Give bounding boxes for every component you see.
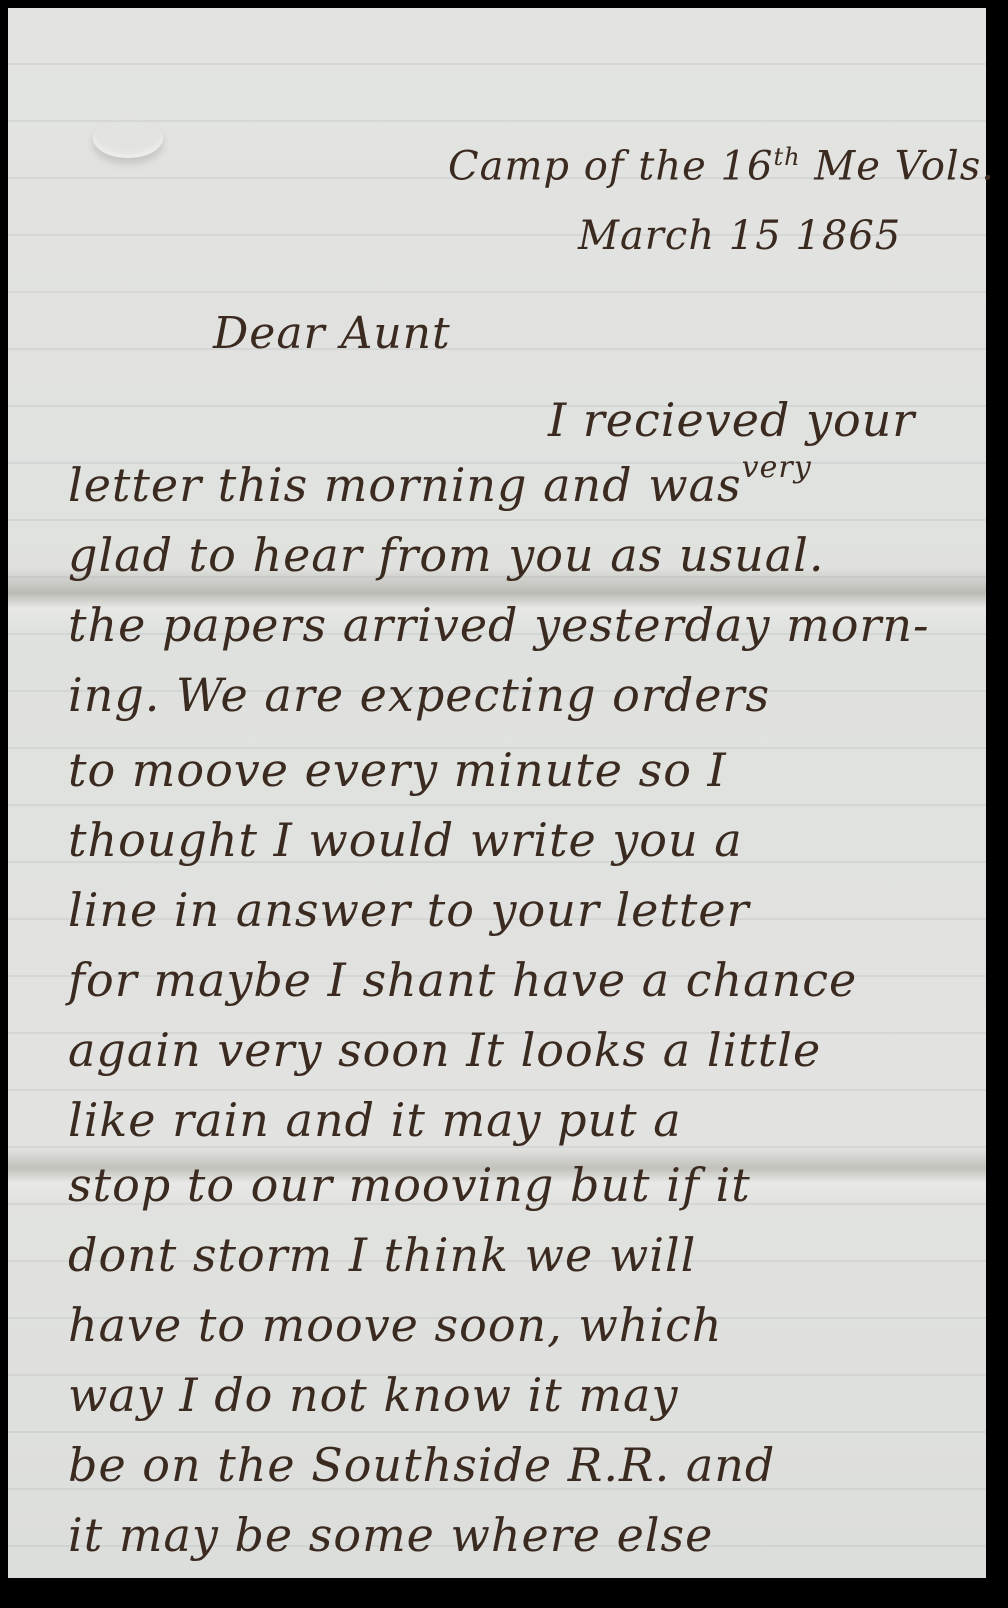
salutation: Dear Aunt [213,308,451,359]
body-line: for maybe I shant have a chance [68,953,857,1007]
body-line: ing. We are expecting orders [68,668,770,722]
body-line: letter this morning and wasvery [68,458,812,512]
letter-page: Camp of the 16th Me Vols. March 15 1865 … [8,8,986,1578]
paper-emboss-mark [93,118,163,158]
body-line: thought I would write you a [68,813,743,867]
body-line: it may be some where else [68,1508,713,1562]
body-line: stop to our mooving but if it [68,1158,751,1212]
body-line: I recieved your [548,393,915,447]
body-line: the papers arrived yesterday morn- [68,598,930,652]
letter-date: March 15 1865 [578,213,901,259]
body-line: to moove every minute so I [68,743,727,797]
body-line: be on the Southside R.R. and [68,1438,775,1492]
interlinear-insert: very [742,450,812,485]
body-line: again very soon It looks a little [68,1023,821,1077]
body-line: have to moove soon, which [68,1298,723,1352]
body-line: glad to hear from you as usual. [68,528,825,582]
letter-location: Camp of the 16th Me Vols. [448,143,995,189]
body-line: like rain and it may put a [68,1093,682,1147]
body-line: line in answer to your letter [68,883,750,937]
body-line: way I do not know it may [68,1368,678,1422]
body-line: dont storm I think we will [68,1228,696,1282]
